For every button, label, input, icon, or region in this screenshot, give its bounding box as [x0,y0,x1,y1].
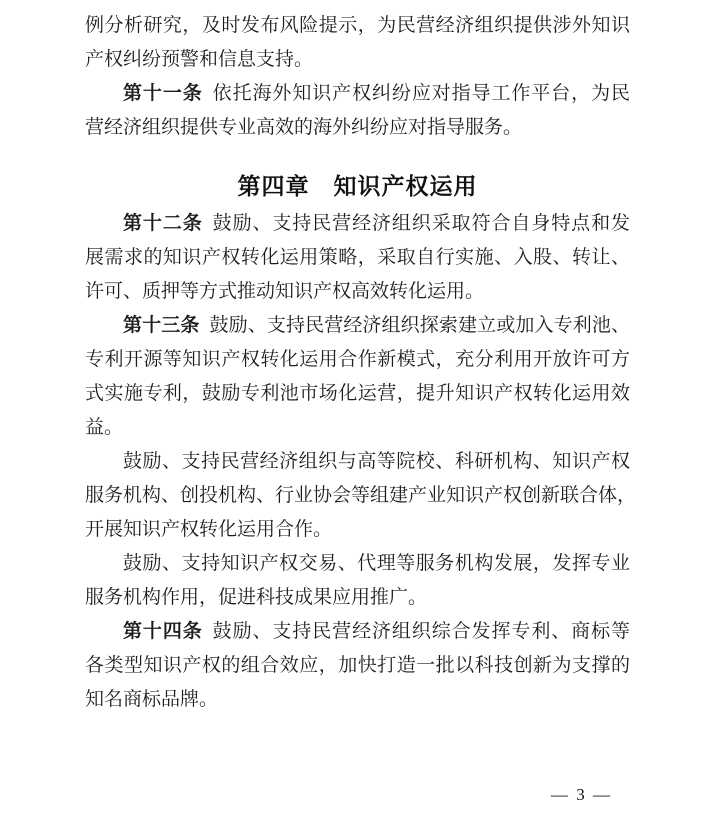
text-line: 第十三条鼓励、支持民营经济组织探索建立或加入专利池、 [85,309,630,343]
text-line: 各类型知识产权的组合效应，加快打造一批以科技创新为支撑的 [85,649,630,683]
text-line: 第十一条依托海外知识产权纠纷应对指导工作平台，为民 [85,77,630,111]
text-line: 营经济组织提供专业高效的海外纠纷应对指导服务。 [85,111,630,145]
text-line: 第十四条鼓励、支持民营经济组织综合发挥专利、商标等 [85,615,630,649]
article-number: 第十四条 [123,621,203,642]
text-line: 开展知识产权转化运用合作。 [85,513,630,547]
article-number: 第十二条 [123,213,203,234]
text-line: 展需求的知识产权转化运用策略，采取自行实施、入股、转让、 [85,241,630,275]
document-body: 例分析研究，及时发布风险提示，为民营经济组织提供涉外知识产权纠纷预警和信息支持。… [85,9,630,717]
text-line: 鼓励、支持民营经济组织与高等院校、科研机构、知识产权 [85,445,630,479]
text-line: 知名商标品牌。 [85,683,630,717]
chapter-heading: 第四章 知识产权运用 [85,167,630,207]
text-line: 服务机构、创投机构、行业协会等组建产业知识产权创新联合体， [85,479,630,513]
article-number: 第十三条 [123,315,199,336]
text-line: 第十二条鼓励、支持民营经济组织采取符合自身特点和发 [85,207,630,241]
text-line: 式实施专利，鼓励专利池市场化运营，提升知识产权转化运用效 [85,377,630,411]
text-line: 益。 [85,411,630,445]
text-line: 产权纠纷预警和信息支持。 [85,43,630,77]
article-number: 第十一条 [123,83,203,104]
text-line: 许可、质押等方式推动知识产权高效转化运用。 [85,275,630,309]
text-line: 鼓励、支持知识产权交易、代理等服务机构发展，发挥专业 [85,547,630,581]
page-number: — 3 — [551,785,612,805]
text-line: 服务机构作用，促进科技成果应用推广。 [85,581,630,615]
document-page: 例分析研究，及时发布风险提示，为民营经济组织提供涉外知识产权纠纷预警和信息支持。… [0,0,711,817]
text-line: 专利开源等知识产权转化运用合作新模式，充分利用开放许可方 [85,343,630,377]
text-line: 例分析研究，及时发布风险提示，为民营经济组织提供涉外知识 [85,9,630,43]
